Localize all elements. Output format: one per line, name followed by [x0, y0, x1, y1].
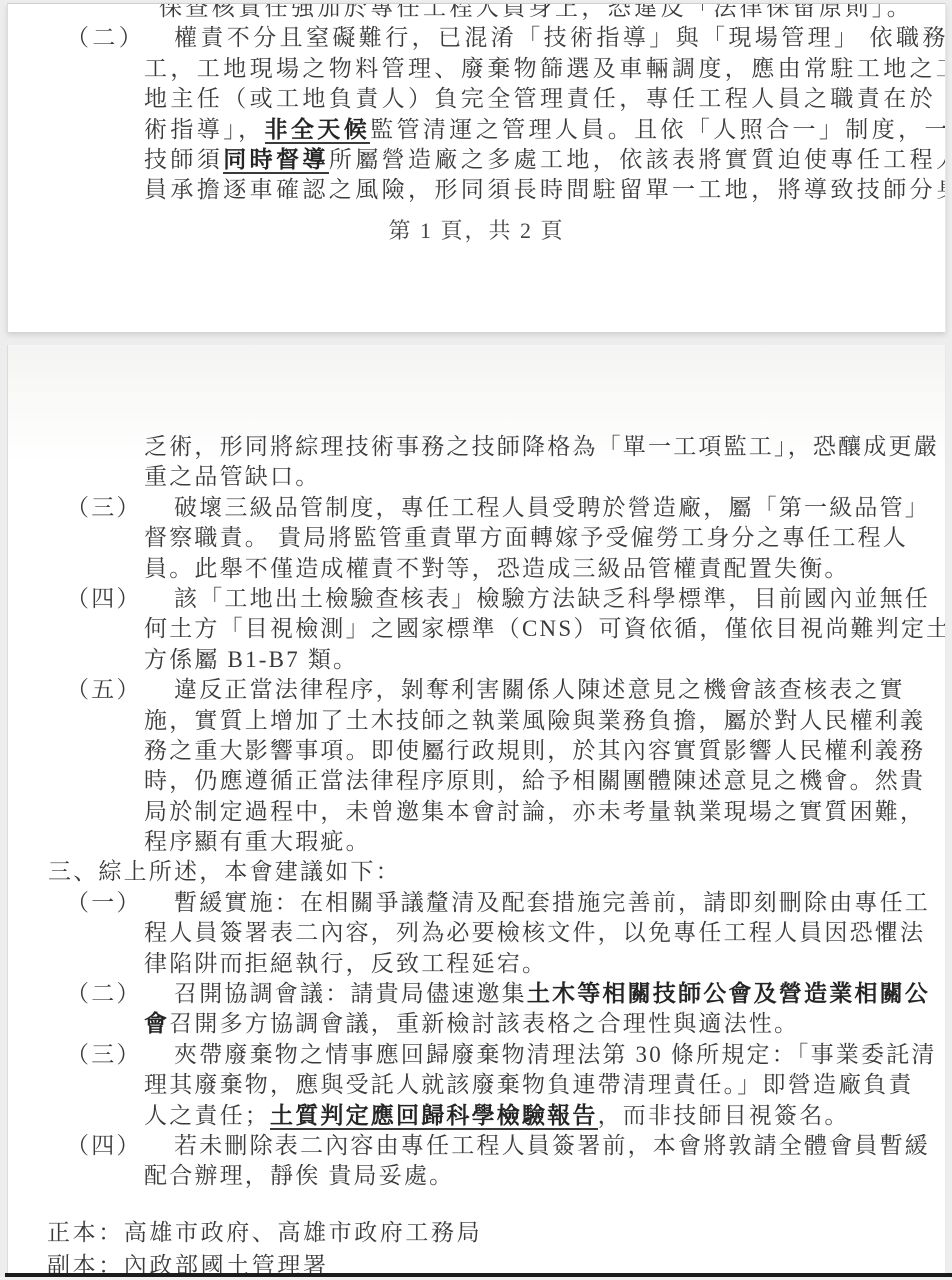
text-segment: 程人員簽署表二內容，列為必要檢核文件，以免專任工程人員因恐懼法	[144, 920, 925, 945]
text-segment: 時，仍應遵循正當法律程序原則，給予相關團體陳述意見之機會。然貴	[144, 768, 925, 793]
text-segment: 該「工地出土檢驗查核表」檢驗方法缺乏科學標準，目前國內並無任	[174, 586, 930, 611]
doc-line: 地主任（或工地負責人）負完全管理責任，專任工程人員之職責在於「技	[8, 84, 945, 114]
doc-line: 工，工地現場之物料管理、廢棄物篩選及車輛調度，應由常駐工地之工	[8, 54, 945, 84]
doc-line: 三、綜上所述，本會建議如下：	[8, 857, 945, 887]
item-label: （三）	[66, 1040, 174, 1070]
doc-line: 保查核責任強加於專任工程人員身上，恐違反「法律保留原則」。	[8, 3, 945, 23]
text-segment: 律陷阱而拒絕執行，反致工程延宕。	[144, 951, 547, 976]
doc-line: 重之品管缺口。	[8, 462, 945, 492]
doc-line: 乏術，形同將綜理技術事務之技師降格為「單一工項監工」，恐釀成更嚴	[8, 432, 945, 462]
text-segment: 術指導」，	[144, 117, 265, 142]
text-segment: 配合辦理，靜俟 貴局妥處。	[144, 1163, 454, 1188]
text-segment: 員承擔逐車確認之風險，形同須長時間駐留單一工地，將導致技師分身	[144, 177, 946, 202]
doc-line: 施，實質上增加了土木技師之執業風險與業務負擔，屬於對人民權利義	[8, 706, 945, 736]
item-label: （四）	[66, 1131, 174, 1161]
text-segment: 權責不分且窒礙難行，已混淆「技術指導」與「現場管理」 依職務分	[174, 25, 946, 50]
doc-line: 律陷阱而拒絕執行，反致工程延宕。	[8, 949, 945, 979]
doc-line: 局於制定過程中，未曾邀集本會討論，亦未考量執業現場之實質困難，	[8, 797, 945, 827]
doc-line: （五）違反正當法律程序，剝奪利害關係人陳述意見之機會該查核表之實	[8, 675, 945, 705]
text-segment: 技師須	[144, 147, 223, 172]
doc-line: 何土方「目視檢測」之國家標準（CNS）可資依循，僅依目視尚難判定土	[8, 614, 945, 644]
item-label: （三）	[66, 493, 174, 523]
page2-body-text: 乏術，形同將綜理技術事務之技師降格為「單一工項監工」，恐釀成更嚴重之品管缺口。（…	[8, 432, 945, 1192]
text-segment: 人之責任；	[144, 1103, 270, 1128]
text-segment: 重之品管缺口。	[144, 464, 320, 489]
doc-line: 技師須同時督導所屬營造廠之多處工地，依該表將實質迫使專任工程人	[8, 145, 945, 175]
page1-body-text: 保查核責任強加於專任工程人員身上，恐違反「法律保留原則」。（二）權責不分且窒礙難…	[8, 3, 945, 206]
text-segment: 監管清運之管理人員。且依「人照合一」制度，一位	[370, 117, 946, 142]
text-segment: 所屬營造廠之多處工地，依該表將實質迫使專任工程人	[329, 147, 946, 172]
doc-line: 方係屬 B1-B7 類。	[8, 645, 945, 675]
text-segment: 會	[144, 1011, 169, 1036]
text-segment: 破壞三級品管制度，專任工程人員受聘於營造廠，屬「第一級品管」	[174, 495, 930, 520]
text-segment: 三、綜上所述，本會建議如下：	[48, 859, 401, 884]
text-segment: 督察職責。 貴局將監管重責單方面轉嫁予受僱勞工身分之專任工程人	[144, 525, 908, 550]
text-segment: 召開協調會議：請貴局儘速邀集	[174, 981, 527, 1006]
doc-line: 會召開多方協調會議，重新檢討該表格之合理性與適法性。	[8, 1009, 945, 1039]
recipient-copy-line: 副本：內政部國土管理署	[47, 1249, 482, 1274]
item-label: （二）	[66, 979, 174, 1009]
text-segment: 夾帶廢棄物之情事應回歸廢棄物清理法第 30 條所規定：「事業委託清	[174, 1042, 937, 1067]
page-1: 保查核責任強加於專任工程人員身上，恐違反「法律保留原則」。（二）權責不分且窒礙難…	[7, 3, 946, 332]
text-segment: 員。此舉不僅造成權責不對等，恐造成三級品管權責配置失衡。	[144, 556, 850, 581]
doc-line: 員。此舉不僅造成權責不對等，恐造成三級品管權責配置失衡。	[8, 554, 945, 584]
item-label: （四）	[66, 584, 174, 614]
text-segment: 地主任（或工地負責人）負完全管理責任，專任工程人員之職責在於「技	[144, 86, 946, 111]
text-segment: 暫緩實施：在相關爭議釐清及配套措施完善前，請即刻刪除由專任工	[174, 890, 930, 915]
text-segment: 召開多方協調會議，重新檢討該表格之合理性與適法性。	[169, 1011, 799, 1036]
text-segment: 方係屬 B1-B7 類。	[144, 647, 358, 672]
doc-line: （二）召開協調會議：請貴局儘速邀集土木等相關技師公會及營造業相關公	[8, 979, 945, 1009]
doc-line: 程序顯有重大瑕疵。	[8, 827, 945, 857]
recipients-block: 正本：高雄市政府、高雄市政府工務局 副本：內政部國土管理署	[47, 1216, 482, 1274]
text-segment: 非全天候	[265, 117, 371, 144]
doc-line: 督察職責。 貴局將監管重責單方面轉嫁予受僱勞工身分之專任工程人	[8, 523, 945, 553]
text-segment: 理其廢棄物，應與受託人就該廢棄物負連帶清理責任。」即營造廠負責	[144, 1072, 914, 1097]
text-segment: 土木等相關技師公會及營造業相關公	[527, 981, 930, 1006]
doc-line: （三）破壞三級品管制度，專任工程人員受聘於營造廠，屬「第一級品管」	[8, 493, 945, 523]
item-label: （二）	[66, 23, 174, 53]
doc-line: 時，仍應遵循正當法律程序原則，給予相關團體陳述意見之機會。然貴	[8, 766, 945, 796]
item-label: （一）	[66, 888, 174, 918]
doc-line: 務之重大影響事項。即使屬行政規則，於其內容實質影響人民權利義務	[8, 736, 945, 766]
text-segment: 務之重大影響事項。即使屬行政規則，於其內容實質影響人民權利義務	[144, 738, 925, 763]
text-segment: 程序顯有重大瑕疵。	[144, 829, 371, 854]
text-segment: 施，實質上增加了土木技師之執業風險與業務負擔，屬於對人民權利義	[144, 708, 925, 733]
recipient-original-line: 正本：高雄市政府、高雄市政府工務局	[47, 1216, 482, 1249]
item-label: （五）	[66, 675, 174, 705]
doc-line: （一）暫緩實施：在相關爭議釐清及配套措施完善前，請即刻刪除由專任工	[8, 888, 945, 918]
text-segment: 乏術，形同將綜理技術事務之技師降格為「單一工項監工」，恐釀成更嚴	[144, 434, 939, 459]
doc-line: 人之責任；土質判定應回歸科學檢驗報告，而非技師目視簽名。	[8, 1101, 945, 1131]
doc-line: （四）若未刪除表二內容由專任工程人員簽署前，本會將敦請全體會員暫緩	[8, 1131, 945, 1161]
doc-line: 理其廢棄物，應與受託人就該廢棄物負連帶清理責任。」即營造廠負責	[8, 1070, 945, 1100]
doc-line: 員承擔逐車確認之風險，形同須長時間駐留單一工地，將導致技師分身	[8, 175, 945, 205]
page-2: 乏術，形同將綜理技術事務之技師降格為「單一工項監工」，恐釀成更嚴重之品管缺口。（…	[7, 345, 946, 1274]
doc-line: 配合辦理，靜俟 貴局妥處。	[8, 1161, 945, 1191]
text-segment: 局於制定過程中，未曾邀集本會討論，亦未考量執業現場之實質困難，	[144, 799, 925, 824]
text-segment: 土質判定應回歸科學檢驗報告	[270, 1103, 598, 1130]
text-segment: 若未刪除表二內容由專任工程人員簽署前，本會將敦請全體會員暫緩	[174, 1133, 930, 1158]
text-segment: 保查核責任強加於專任工程人員身上，恐違反「法律保留原則」。	[159, 3, 913, 20]
doc-line: 術指導」，非全天候監管清運之管理人員。且依「人照合一」制度，一位	[8, 115, 945, 145]
text-segment: 工，工地現場之物料管理、廢棄物篩選及車輛調度，應由常駐工地之工	[144, 56, 946, 81]
text-segment: 同時督導	[223, 147, 329, 174]
doc-line: （四）該「工地出土檢驗查核表」檢驗方法缺乏科學標準，目前國內並無任	[8, 584, 945, 614]
page-number-footer: 第 1 頁，共 2 頁	[8, 216, 945, 246]
document-viewer: 保查核責任強加於專任工程人員身上，恐違反「法律保留原則」。（二）權責不分且窒礙難…	[0, 0, 952, 1280]
doc-line: 程人員簽署表二內容，列為必要檢核文件，以免專任工程人員因恐懼法	[8, 918, 945, 948]
doc-line: （三）夾帶廢棄物之情事應回歸廢棄物清理法第 30 條所規定：「事業委託清	[8, 1040, 945, 1070]
text-segment: ，而非技師目視簽名。	[598, 1103, 850, 1128]
text-segment: 何土方「目視檢測」之國家標準（CNS）可資依循，僅依目視尚難判定土	[144, 616, 946, 641]
doc-line: （二）權責不分且窒礙難行，已混淆「技術指導」與「現場管理」 依職務分	[8, 23, 945, 53]
text-segment: 違反正當法律程序，剝奪利害關係人陳述意見之機會該查核表之實	[174, 677, 905, 702]
